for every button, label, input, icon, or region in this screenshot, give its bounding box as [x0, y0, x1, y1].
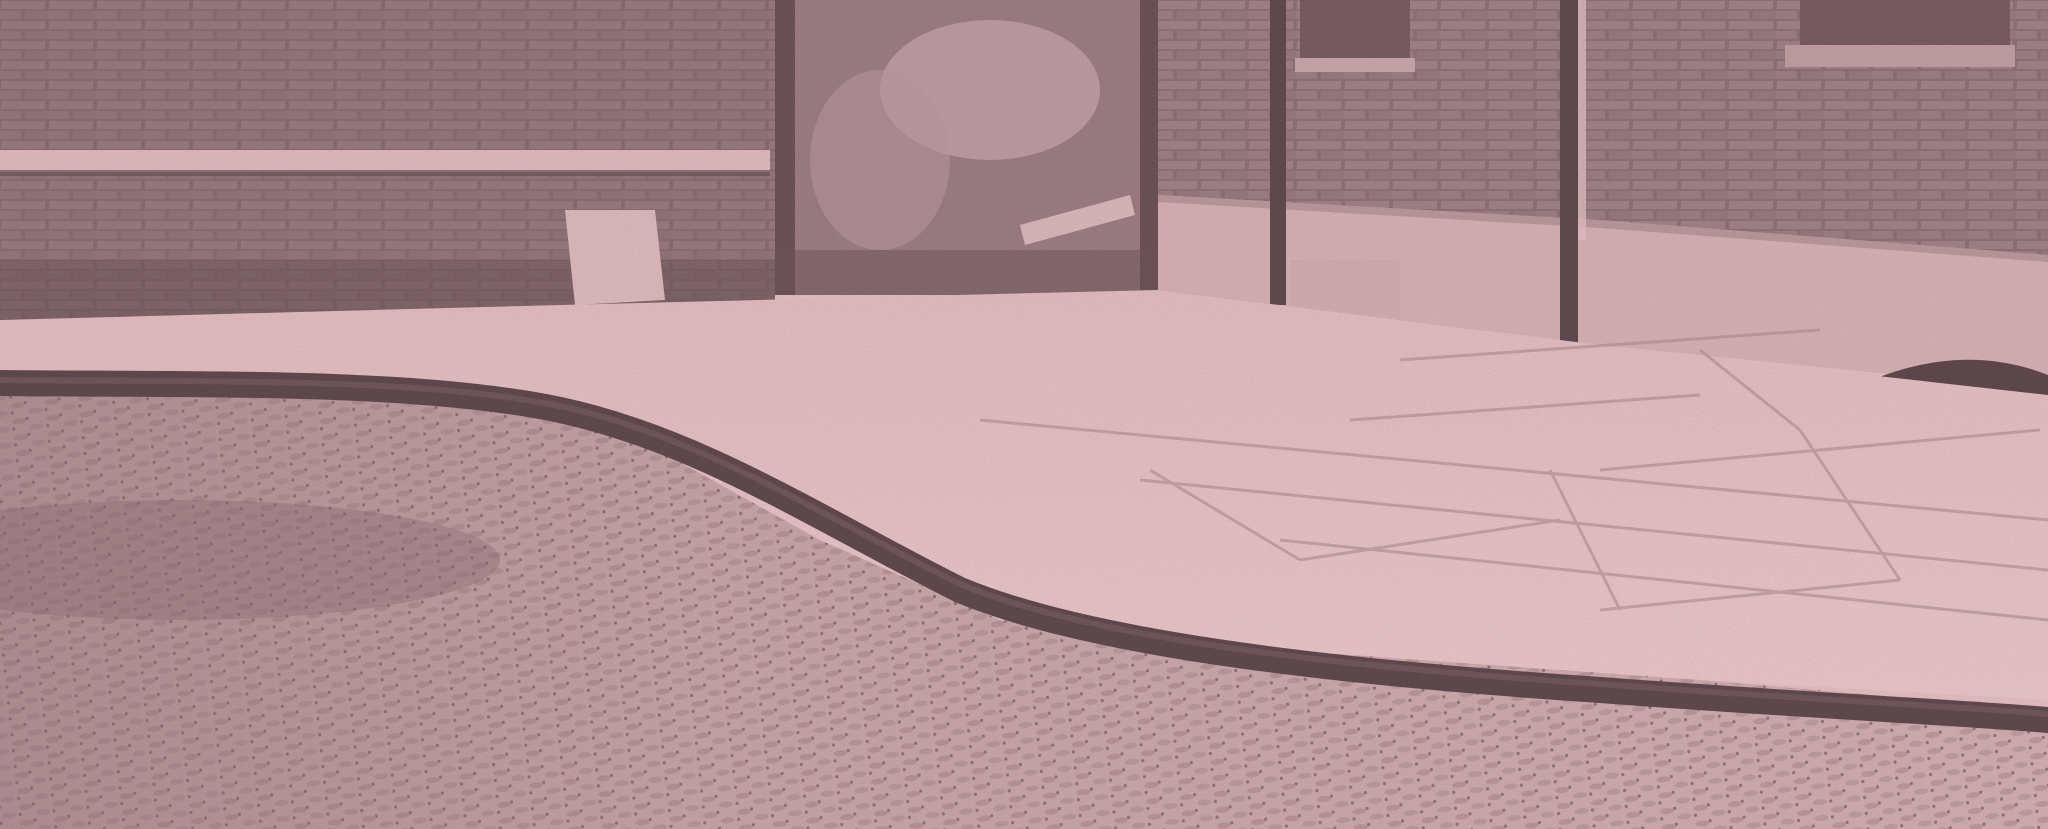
street-corner-photo: [0, 0, 2048, 829]
photo-canvas: [0, 0, 2048, 829]
